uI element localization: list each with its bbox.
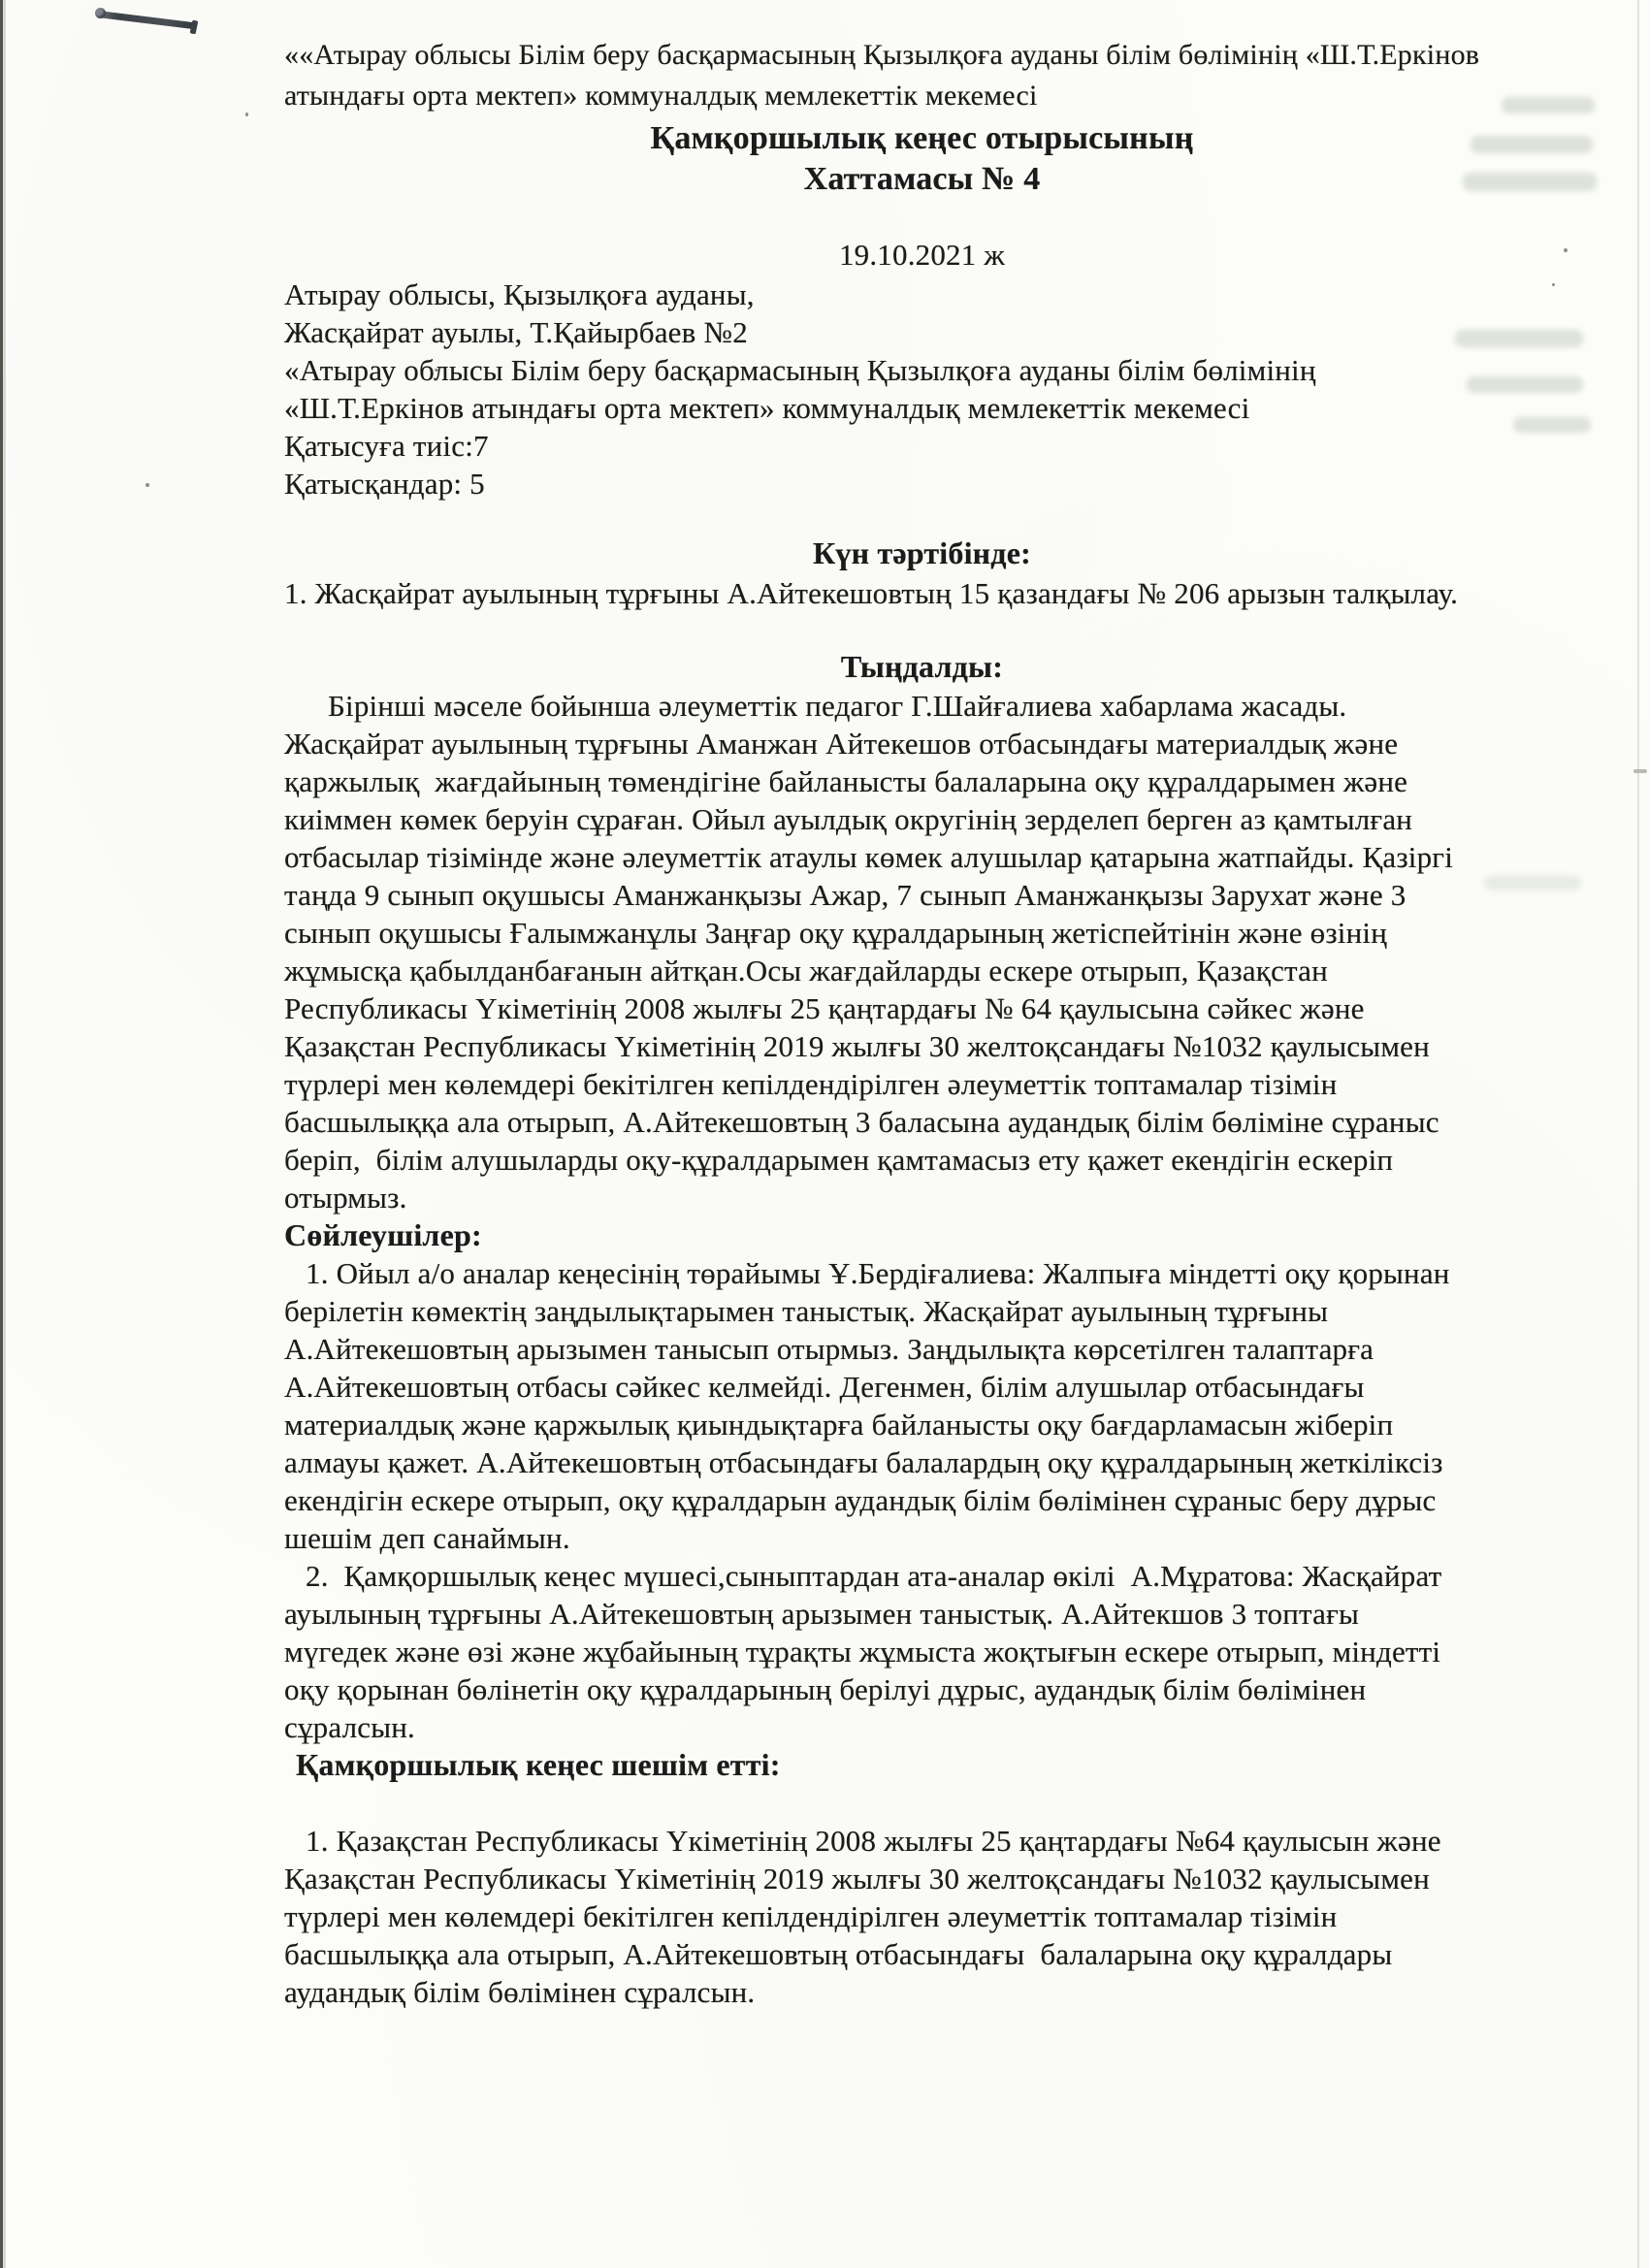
speaker-line: берілетін көмектің заңдылықтарымен таныс… <box>284 1292 1560 1330</box>
paragraph-line: отырмыз. <box>284 1179 1560 1216</box>
agenda-item: 1. Жасқайрат ауылының тұрғыны А.Айтекешо… <box>284 574 1560 612</box>
speaker2-paragraph: 2. Қамқоршылық кеңес мүшесі,сыныптардан … <box>284 1557 1560 1746</box>
agenda-section: Күн тәртібінде: <box>284 535 1560 572</box>
decision-line: 1. Қазақстан Республикасы Үкіметінің 200… <box>284 1822 1560 1860</box>
paragraph-line: сынып оқушысы Ғалымжанұлы Заңғар оқу құр… <box>284 914 1560 952</box>
decision-line: Қазақстан Республикасы Үкіметінің 2019 ж… <box>284 1860 1560 1897</box>
heard-heading: Тыңдалды: <box>284 648 1560 686</box>
speaker-line: 1. Ойыл а/о аналар кеңесінің төрайымы Ұ.… <box>284 1254 1560 1292</box>
decision-heading: Қамқоршылық кеңес шешім етті: <box>284 1746 1560 1784</box>
decision-line: аудандық білім бөлімінен сұралсын. <box>284 1973 1560 2011</box>
protocol-title-line: Қамқоршылық кеңес отырысының <box>284 118 1560 159</box>
speaker-line: алмауы қажет. А.Айтекешовтың отбасындағы… <box>284 1443 1560 1481</box>
paper-speck <box>245 113 248 116</box>
info-line: Атырау облысы, Қызылқоға ауданы, <box>284 275 1560 313</box>
speaker-line: мүгедек және өзі және жұбайының тұрақты … <box>284 1633 1560 1670</box>
paragraph-line: жұмысқа қабылданбағанын айтқан.Осы жағда… <box>284 952 1560 989</box>
paragraph-line: киіммен көмек беруін сұраған. Ойыл ауылд… <box>284 800 1560 838</box>
paragraph-line: Жасқайрат ауылының тұрғыны Аманжан Айтек… <box>284 725 1560 762</box>
org-header: ««Атырау облысы Білім беру басқармасының… <box>284 35 1560 116</box>
speakers-heading: Сөйлеушілер: <box>284 1216 1560 1254</box>
attendance-present-line: Қатысқандар: 5 <box>284 465 1560 502</box>
attendance-required-line: Қатысуға тиіс:7 <box>284 427 1560 465</box>
paragraph-line: отбасылар тізімінде және әлеуметтік атау… <box>284 838 1560 876</box>
paragraph-line: түрлері мен көлемдері бекітілген кепілде… <box>284 1065 1560 1103</box>
heard-paragraph: Бірінші мәселе бойынша әлеуметтік педаго… <box>284 687 1560 1216</box>
speaker-line: сұралсын. <box>284 1708 1560 1746</box>
staple-tip-icon <box>190 20 199 35</box>
paragraph-line: Қазақстан Республикасы Үкіметінің 2019 ж… <box>284 1027 1560 1065</box>
paragraph-line: таңда 9 сынып оқушысы Аманжанқызы Ажар, … <box>284 876 1560 914</box>
speaker-line: материалдық және қаржылық қиындықтарға б… <box>284 1406 1560 1443</box>
speakers-section: Сөйлеушілер: <box>284 1216 1560 1254</box>
info-block: Атырау облысы, Қызылқоға ауданы, Жасқайр… <box>284 275 1560 502</box>
paper-speck <box>1633 769 1647 773</box>
protocol-number-line: Хаттамасы № 4 <box>284 159 1560 200</box>
speaker-line: оқу қорынан бөлінетін оқу құралдарының б… <box>284 1670 1560 1708</box>
paper-speck <box>1564 248 1568 252</box>
speaker-line: шешім деп санаймын. <box>284 1519 1560 1557</box>
decision-paragraph: 1. Қазақстан Республикасы Үкіметінің 200… <box>284 1822 1560 2011</box>
info-line: «Атырау облысы Білім беру басқармасының … <box>284 351 1560 389</box>
heard-section: Тыңдалды: <box>284 648 1560 686</box>
info-line: «Ш.Т.Еркінов атындағы орта мектеп» комму… <box>284 389 1560 427</box>
org-header-line: атындағы орта мектеп» коммуналдық мемлек… <box>284 76 1560 116</box>
speaker-line: екендігін ескере отырып, оқу құралдарын … <box>284 1481 1560 1519</box>
paragraph-line: Республикасы Үкіметінің 2008 жылғы 25 қа… <box>284 989 1560 1027</box>
info-line: Жасқайрат ауылы, Т.Қайырбаев №2 <box>284 313 1560 351</box>
decision-section: Қамқоршылық кеңес шешім етті: <box>284 1746 1560 1784</box>
staple-head-icon <box>95 8 106 18</box>
speaker-line: 2. Қамқоршылық кеңес мүшесі,сыныптардан … <box>284 1557 1560 1595</box>
speaker-line: А.Айтекешовтың отбасы сәйкес келмейді. Д… <box>284 1368 1560 1406</box>
scan-edge-shadow <box>3 0 6 2268</box>
agenda-item-block: 1. Жасқайрат ауылының тұрғыны А.Айтекешо… <box>284 574 1560 612</box>
decision-line: басшылыққа ала отырып, А.Айтекешовтың от… <box>284 1935 1560 1973</box>
protocol-title: Қамқоршылық кеңес отырысының Хаттамасы №… <box>284 118 1560 200</box>
speaker-line: А.Айтекешовтың арызымен танысып отырмыз.… <box>284 1330 1560 1368</box>
scanned-document-page: ««Атырау облысы Білім беру басқармасының… <box>0 0 1649 2268</box>
date-line: 19.10.2021 ж <box>284 236 1560 274</box>
paragraph-line: Бірінші мәселе бойынша әлеуметтік педаго… <box>284 687 1560 725</box>
speaker-line: ауылының тұрғыны А.Айтекешовтың арызымен… <box>284 1595 1560 1633</box>
date-block: 19.10.2021 ж <box>284 236 1560 274</box>
staple-icon <box>98 11 197 29</box>
scan-fold-line <box>1637 0 1639 2268</box>
paper-speck <box>145 483 149 487</box>
paragraph-line: басшылыққа ала отырып, А.Айтекешовтың 3 … <box>284 1103 1560 1141</box>
decision-line: түрлері мен көлемдері бекітілген кепілде… <box>284 1897 1560 1935</box>
agenda-heading: Күн тәртібінде: <box>284 535 1560 572</box>
paragraph-line: беріп, білім алушыларды оқу-құралдарымен… <box>284 1141 1560 1179</box>
org-header-line: ««Атырау облысы Білім беру басқармасының… <box>284 35 1560 76</box>
paragraph-line: қаржылық жағдайының төмендігіне байланыс… <box>284 762 1560 800</box>
speaker1-paragraph: 1. Ойыл а/о аналар кеңесінің төрайымы Ұ.… <box>284 1254 1560 1557</box>
